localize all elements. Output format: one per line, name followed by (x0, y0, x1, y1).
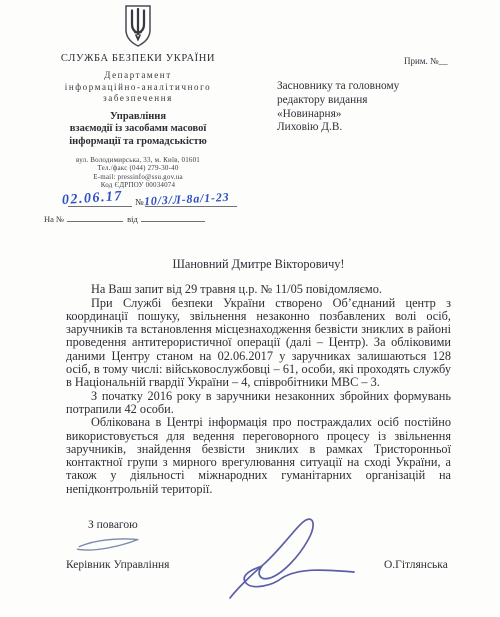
body-paragraph: Облікована в Центрі інформація про постр… (66, 416, 451, 496)
date-number-row: № 02.06.17 10/3/Л-8а/1-23 (18, 192, 258, 213)
body-paragraph: При Службі безпеки України створено Об’є… (66, 297, 451, 390)
email-line: E-mail: pressinfo@ssu.gov.ua (18, 173, 258, 181)
reply-reference-row: На №від (18, 214, 258, 224)
reply-vid-label: від (127, 214, 138, 224)
division-line: Управління (18, 111, 258, 124)
ukraine-trident-icon (123, 4, 153, 48)
division-line: взаємодії із засобами масової (18, 123, 258, 136)
department-line: інформаційно-аналітичного (18, 82, 258, 94)
recipient-line: Засновнику та головному (277, 80, 399, 94)
department-line: забезпечення (18, 93, 258, 105)
recipient-line: редактору видання (277, 94, 399, 108)
reply-date-blank (141, 221, 205, 222)
body-paragraph: На Ваш запит від 29 травня ц.р. № 11/05 … (66, 283, 451, 296)
number-sign: № (135, 197, 144, 207)
handwritten-flourish (73, 536, 145, 552)
handwritten-signature (220, 512, 360, 604)
reply-na-label: На № (44, 214, 64, 224)
scanned-letter-page: СЛУЖБА БЕЗПЕКИ УКРАЇНИ Департамент інфор… (0, 0, 500, 617)
edrpou-line: Код ЄДРПОУ 00034074 (18, 181, 258, 189)
letterhead-left-column: СЛУЖБА БЕЗПЕКИ УКРАЇНИ Департамент інфор… (18, 4, 258, 224)
phone-line: Тел./факс (044) 279-30-40 (18, 164, 258, 172)
department-name: Департамент інформаційно-аналітичного за… (18, 70, 258, 105)
recipient-person-name: Лиховію Д.В. (277, 121, 399, 135)
letter-body: Шановний Дмитре Вікторовичу! На Ваш запи… (66, 258, 451, 496)
signer-title: Керівник Управління (66, 559, 169, 571)
department-line: Департамент (18, 70, 258, 82)
division-line: інформації та громадськістю (18, 136, 258, 149)
signer-name: О.Гітлянська (384, 559, 448, 571)
division-name: Управління взаємодії із засобами масової… (18, 111, 258, 149)
salutation: Шановний Дмитре Вікторовичу! (66, 258, 451, 271)
valediction: З повагою (88, 519, 138, 531)
body-paragraph: З початку 2016 року в заручники незаконн… (66, 390, 451, 417)
contact-block: вул. Володимирська, 33, м. Київ, 01601 Т… (18, 156, 258, 190)
recipient-block: Засновнику та головному редактору виданн… (277, 80, 399, 135)
reply-number-blank (67, 221, 123, 222)
copy-number-note: Прим. №__ (404, 56, 448, 66)
address-line: вул. Володимирська, 33, м. Київ, 01601 (18, 156, 258, 164)
org-name: СЛУЖБА БЕЗПЕКИ УКРАЇНИ (18, 53, 258, 64)
recipient-publication-name: «Новинарня» (277, 108, 399, 122)
